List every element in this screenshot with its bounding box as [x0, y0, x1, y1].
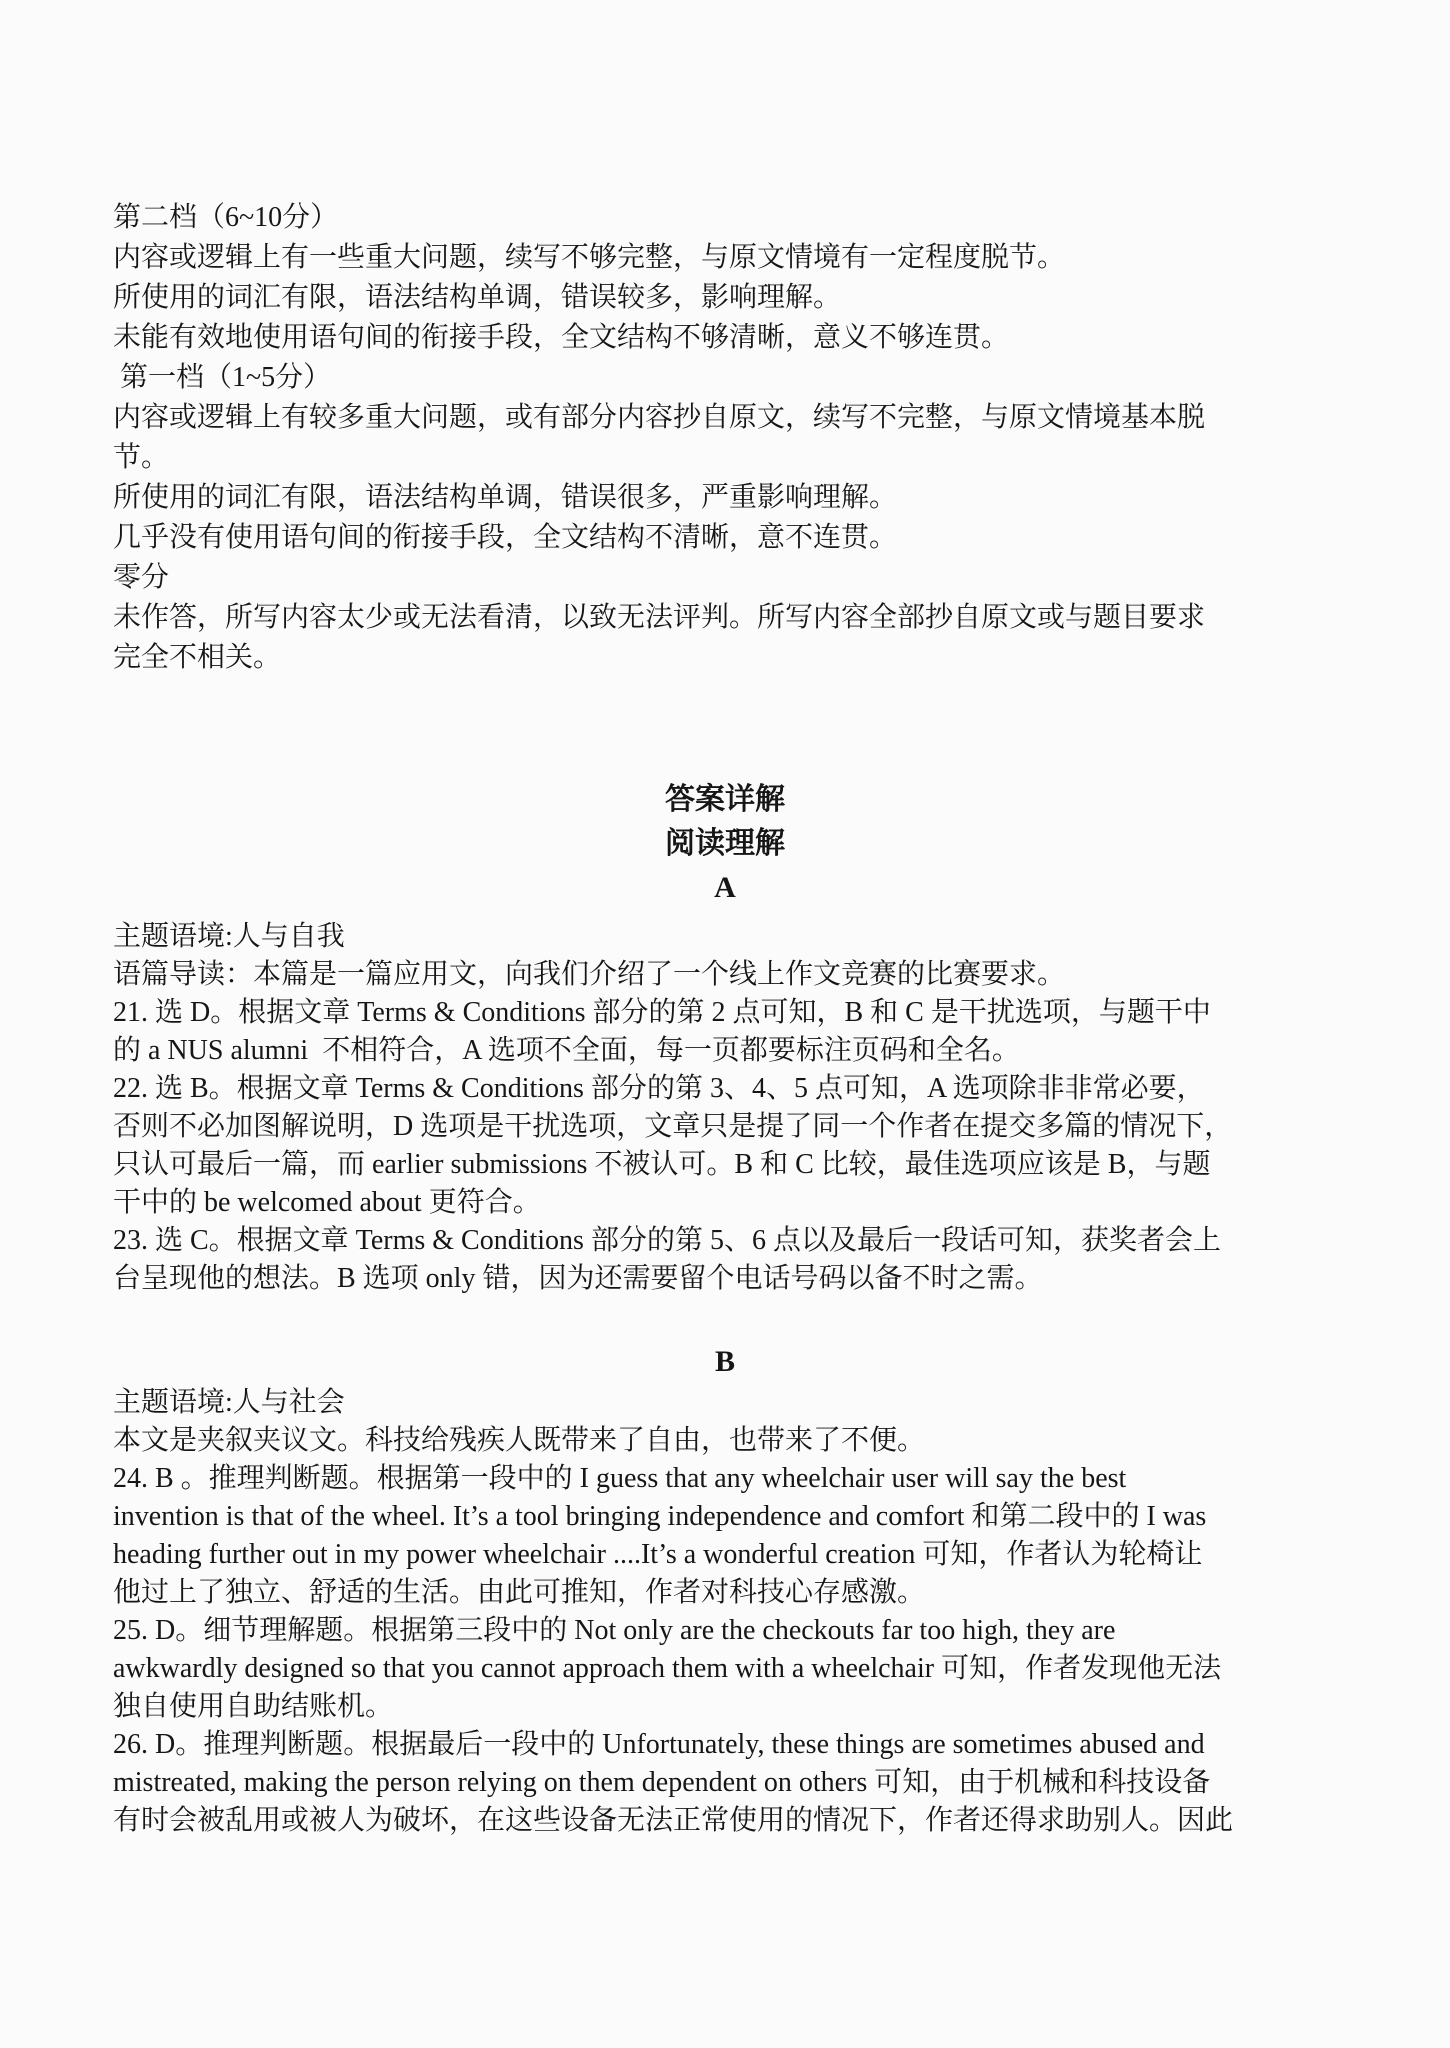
- scoring-rubric: 第二档（6~10分） 内容或逻辑上有一些重大问题，续写不够完整，与原文情境有一定…: [113, 198, 1337, 678]
- rubric-line: 未能有效地使用语句间的衔接手段，全文结构不够清晰，意义不够连贯。: [113, 318, 1337, 358]
- answer-21-line: 21. 选 D。根据文章 Terms & Conditions 部分的第 2 点…: [113, 994, 1337, 1032]
- answer-23-line: 台呈现他的想法。B 选项 only 错，因为还需要留个电话号码以备不时之需。: [113, 1260, 1337, 1298]
- answer-26-line: 26. D。推理判断题。根据最后一段中的 Unfortunately, thes…: [113, 1726, 1337, 1764]
- answer-22-line: 22. 选 B。根据文章 Terms & Conditions 部分的第 3、4…: [113, 1070, 1337, 1108]
- answer-24-line: invention is that of the wheel. It’s a t…: [113, 1498, 1337, 1536]
- passage-a-analysis: 主题语境:人与自我 语篇导读：本篇是一篇应用文，向我们介绍了一个线上作文竞赛的比…: [113, 918, 1337, 1298]
- rubric-line: 完全不相关。: [113, 638, 1337, 678]
- passage-b-analysis: 主题语境:人与社会 本文是夹叙夹议文。科技给残疾人既带来了自由，也带来了不便。 …: [113, 1384, 1337, 1840]
- answer-24-line: 24. B 。推理判断题。根据第一段中的 I guess that any wh…: [113, 1460, 1337, 1498]
- answer-22-line: 只认可最后一篇，而 earlier submissions 不被认可。B 和 C…: [113, 1146, 1337, 1184]
- answer-25-line: 独自使用自助结账机。: [113, 1688, 1337, 1726]
- answer-24-line: 他过上了独立、舒适的生活。由此可推知，作者对科技心存感激。: [113, 1574, 1337, 1612]
- page-content: 第二档（6~10分） 内容或逻辑上有一些重大问题，续写不够完整，与原文情境有一定…: [113, 198, 1337, 1840]
- passage-a-theme: 主题语境:人与自我: [113, 918, 1337, 956]
- rubric-line: 几乎没有使用语句间的衔接手段，全文结构不清晰，意不连贯。: [113, 518, 1337, 558]
- rubric-line: 所使用的词汇有限，语法结构单调，错误较多，影响理解。: [113, 278, 1337, 318]
- rubric-line: 所使用的词汇有限，语法结构单调，错误很多，严重影响理解。: [113, 478, 1337, 518]
- answer-22-line: 干中的 be welcomed about 更符合。: [113, 1184, 1337, 1222]
- rubric-line: 内容或逻辑上有一些重大问题，续写不够完整，与原文情境有一定程度脱节。: [113, 238, 1337, 278]
- answer-26-line: mistreated, making the person relying on…: [113, 1764, 1337, 1802]
- document-page: 第二档（6~10分） 内容或逻辑上有一些重大问题，续写不够完整，与原文情境有一定…: [0, 0, 1450, 2048]
- passage-b-theme: 主题语境:人与社会: [113, 1384, 1337, 1422]
- passage-a-label: A: [113, 866, 1337, 910]
- answer-25-line: 25. D。细节理解题。根据第三段中的 Not only are the che…: [113, 1612, 1337, 1650]
- rubric-zero-title: 零分: [113, 558, 1337, 598]
- rubric-line: 内容或逻辑上有较多重大问题，或有部分内容抄自原文，续写不完整，与原文情境基本脱: [113, 398, 1337, 438]
- rubric-band2-title: 第二档（6~10分）: [113, 198, 1337, 238]
- answer-24-line: heading further out in my power wheelcha…: [113, 1536, 1337, 1574]
- heading-reading-comprehension: 阅读理解: [113, 822, 1337, 866]
- passage-b-intro: 本文是夹叙夹议文。科技给残疾人既带来了自由，也带来了不便。: [113, 1422, 1337, 1460]
- heading-answer-key: 答案详解: [113, 778, 1337, 822]
- rubric-line: 未作答，所写内容太少或无法看清，以致无法评判。所写内容全部抄自原文或与题目要求: [113, 598, 1337, 638]
- rubric-line: 节。: [113, 438, 1337, 478]
- passage-b-label: B: [113, 1340, 1337, 1384]
- answer-21-line: 的 a NUS alumni 不相符合，A 选项不全面，每一页都要标注页码和全名…: [113, 1032, 1337, 1070]
- answer-23-line: 23. 选 C。根据文章 Terms & Conditions 部分的第 5、6…: [113, 1222, 1337, 1260]
- answer-25-line: awkwardly designed so that you cannot ap…: [113, 1650, 1337, 1688]
- answer-22-line: 否则不必加图解说明，D 选项是干扰选项，文章只是提了同一个作者在提交多篇的情况下…: [113, 1108, 1337, 1146]
- passage-a-intro: 语篇导读：本篇是一篇应用文，向我们介绍了一个线上作文竞赛的比赛要求。: [113, 956, 1337, 994]
- answer-26-line: 有时会被乱用或被人为破坏，在这些设备无法正常使用的情况下，作者还得求助别人。因此: [113, 1802, 1337, 1840]
- rubric-band1-title: 第一档（1~5分）: [113, 358, 1337, 398]
